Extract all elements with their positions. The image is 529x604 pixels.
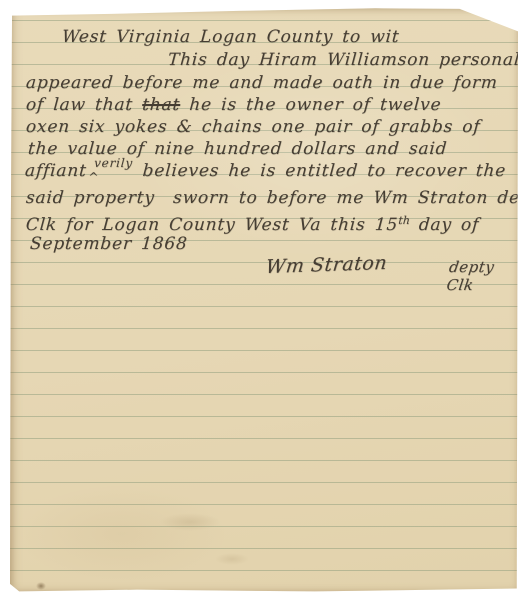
handwriting-text: appeared before me and made oath in due … xyxy=(25,73,498,93)
document-paper: West Virginia Logan County to witThis da… xyxy=(10,8,518,592)
handwriting-line: affiant^verily believes he is entitled t… xyxy=(24,161,506,182)
handwriting-text: believes he is entitled to recover the xyxy=(133,161,507,181)
handwriting-line: oxen six yokes & chains one pair of grab… xyxy=(25,117,481,137)
handwriting-line: said property sworn to before me Wm Stra… xyxy=(25,188,529,208)
handwriting-line: September 1868 xyxy=(29,234,188,254)
scan-background: West Virginia Logan County to witThis da… xyxy=(0,0,529,604)
handwriting-text: September 1868 xyxy=(29,234,188,254)
struck-word: that xyxy=(142,95,181,115)
handwriting-text: of law that xyxy=(25,95,143,115)
handwriting-line: West Virginia Logan County to wit xyxy=(61,27,400,47)
handwriting-text: th xyxy=(398,214,410,227)
handwriting-text: This day Hiram Williamson personally xyxy=(167,50,529,70)
handwriting-text: he is the owner of twelve xyxy=(179,95,442,115)
handwriting-layer: West Virginia Logan County to witThis da… xyxy=(10,8,518,592)
signature-row: Wm Straton depty Clk xyxy=(10,254,518,284)
handwriting-line: Clk for Logan County West Va this 15th d… xyxy=(25,211,480,235)
handwriting-text: affiant xyxy=(24,161,87,181)
handwriting-line: This day Hiram Williamson personally xyxy=(167,50,529,70)
handwriting-text: said property sworn to before me Wm Stra… xyxy=(25,188,529,208)
handwriting-text: West Virginia Logan County to wit xyxy=(61,27,400,47)
clerk-title: depty Clk xyxy=(445,258,520,294)
clerk-signature: Wm Straton xyxy=(265,252,389,278)
handwriting-text: oxen six yokes & chains one pair of grab… xyxy=(25,117,481,137)
handwriting-line: appeared before me and made oath in due … xyxy=(25,73,498,93)
inserted-word: verily xyxy=(93,153,133,173)
handwriting-text: the value of nine hundred dollars and sa… xyxy=(27,139,448,159)
handwriting-line: the value of nine hundred dollars and sa… xyxy=(27,139,448,159)
handwriting-line: of law that that he is the owner of twel… xyxy=(25,95,442,115)
handwriting-text: Clk for Logan County West Va this 15 xyxy=(25,215,399,235)
handwriting-text: day of xyxy=(409,215,480,235)
